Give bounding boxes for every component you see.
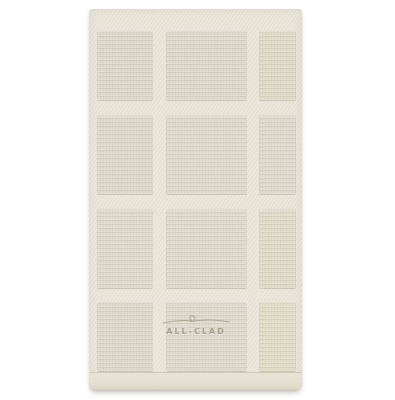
towel-terry-block (97, 302, 153, 372)
towel-terry-block (259, 115, 296, 195)
towel-hem (90, 372, 301, 390)
towel-terry-block (259, 302, 296, 372)
towel-terry-block (97, 209, 153, 289)
towel-terry-block (166, 115, 247, 195)
towel-terry-block (259, 209, 296, 289)
towel-terry-block (97, 31, 153, 101)
towel-terry-block (259, 31, 296, 101)
towel-terry-block (166, 302, 247, 372)
kitchen-towel: ALL-CLAD (89, 9, 302, 390)
towel-terry-block (166, 209, 247, 289)
towel-terry-block (97, 115, 153, 195)
product-photo-canvas: ALL-CLAD (0, 0, 395, 400)
towel-terry-block (166, 31, 247, 101)
